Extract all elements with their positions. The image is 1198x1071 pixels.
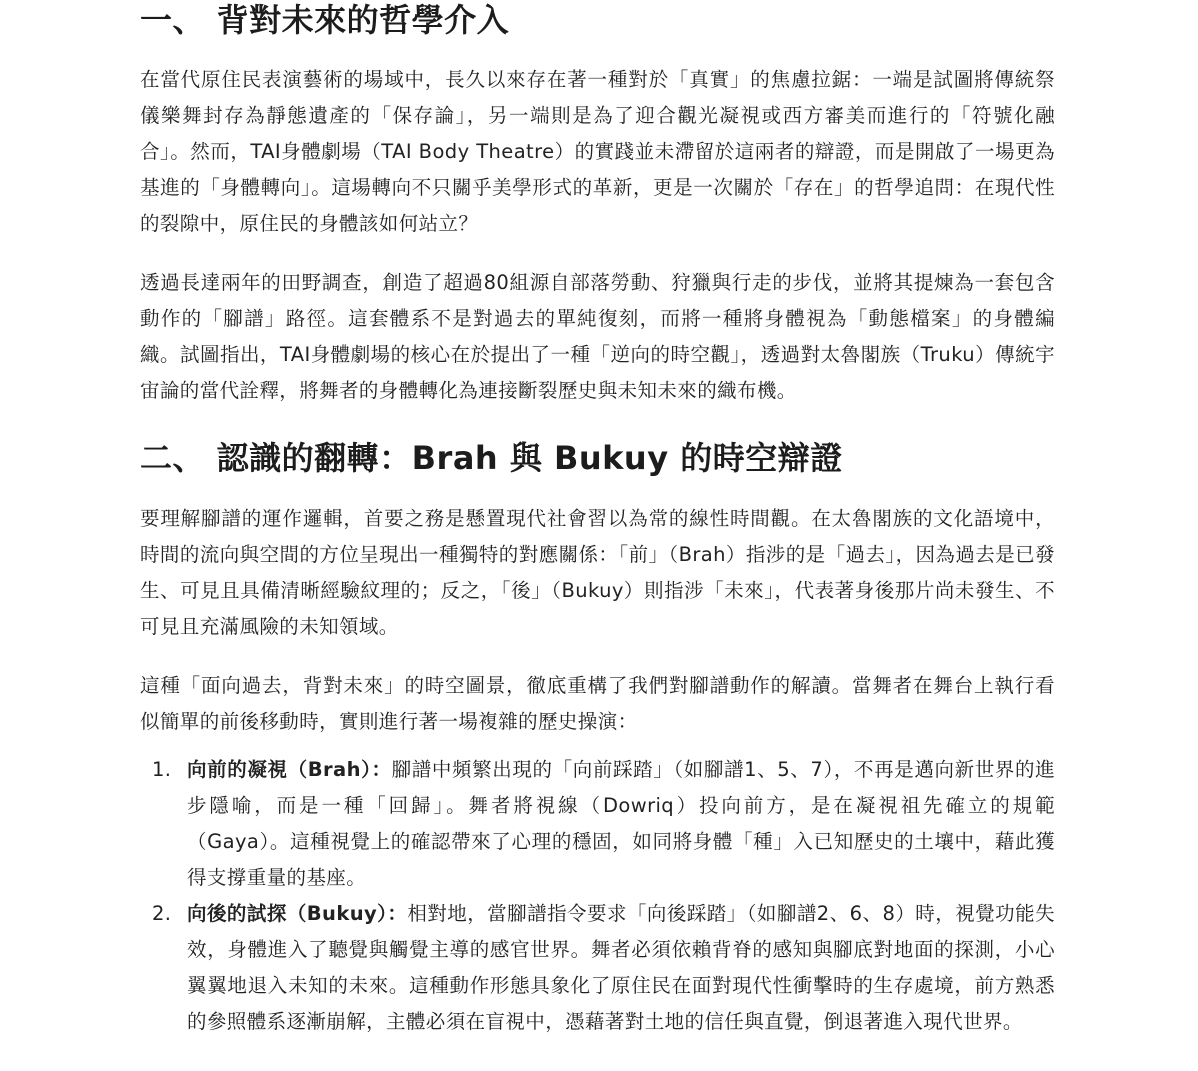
list-term: 向後的試探（Bukuy）： <box>187 902 407 925</box>
section-heading-1: 一、 背對未來的哲學介入 <box>140 0 509 42</box>
section-1-paragraph-1: 在當代原住民表演藝術的場域中，長久以來存在著一種對於「真實」的焦慮拉鋸：一端是試… <box>140 62 1055 242</box>
list-number: 1. <box>152 752 171 788</box>
list-term: 向前的凝視（Brah）： <box>187 758 392 781</box>
section-1-paragraph-2: 透過長達兩年的田野調查，創造了超過80組源自部落勞動、狩獵與行走的步伐，並將其提… <box>140 265 1055 409</box>
section-heading-2: 二、 認識的翻轉：Brah 與 Bukuy 的時空辯證 <box>140 436 843 480</box>
numbered-list: 1. 向前的凝視（Brah）：腳譜中頻繁出現的「向前踩踏」（如腳譜1、5、7），… <box>140 752 1055 1040</box>
section-2-paragraph-2: 這種「面向過去，背對未來」的時空圖景，徹底重構了我們對腳譜動作的解讀。當舞者在舞… <box>140 668 1055 740</box>
list-item: 2. 向後的試探（Bukuy）：相對地，當腳譜指令要求「向後踩踏」（如腳譜2、6… <box>140 896 1055 1040</box>
list-item: 1. 向前的凝視（Brah）：腳譜中頻繁出現的「向前踩踏」（如腳譜1、5、7），… <box>140 752 1055 896</box>
list-number: 2. <box>152 896 171 932</box>
section-2-paragraph-1: 要理解腳譜的運作邏輯，首要之務是懸置現代社會習以為常的線性時間觀。在太魯閣族的文… <box>140 501 1055 645</box>
